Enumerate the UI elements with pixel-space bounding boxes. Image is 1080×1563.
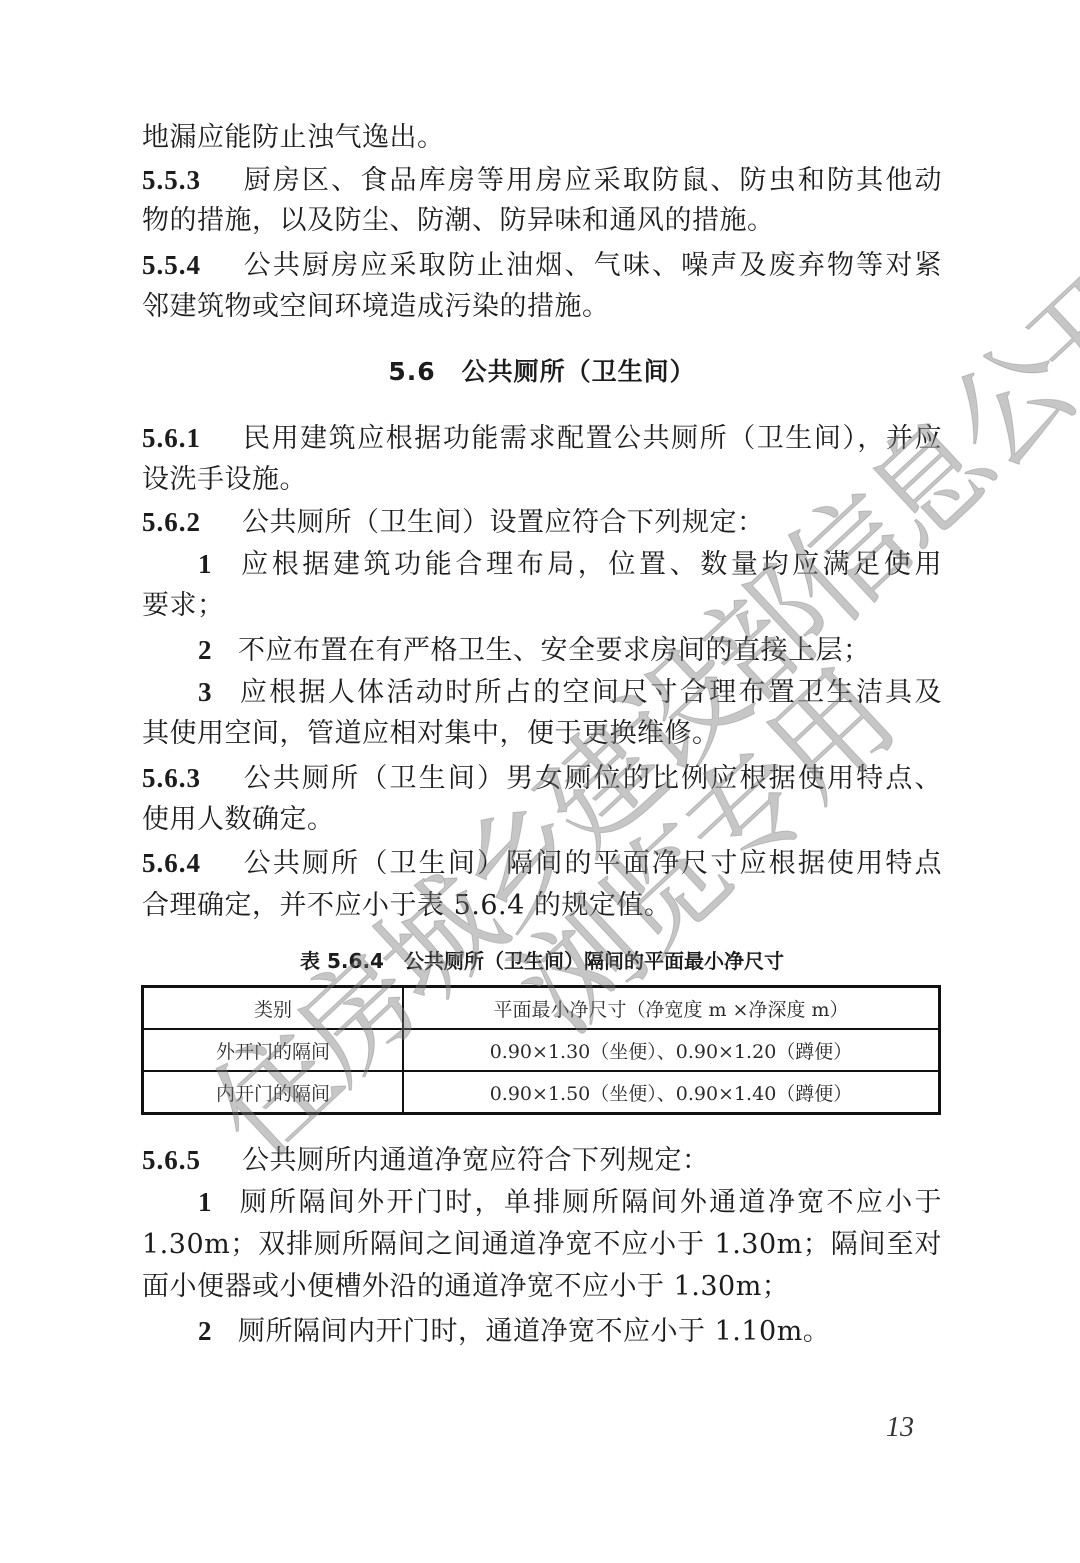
cell-dimensions: 0.90×1.30（坐便）、0.90×1.20（蹲便）: [403, 1029, 940, 1071]
table-header-row: 类别 平面最小净尺寸（净宽度 m ×净深度 m）: [143, 987, 940, 1030]
clause-text: 公共厕所（卫生间）设置应符合下列规定：: [242, 507, 765, 538]
clause-5-5-4: 5.5.4公共厨房应采取防止油烟、气味、噪声及废弃物等对紧: [142, 245, 942, 286]
item-text: 应根据人体活动时所占的空间尺寸合理布置卫生洁具及: [238, 677, 942, 708]
clause-number: 5.5.3: [142, 160, 242, 200]
clause-5-6-1: 5.6.1民用建筑应根据功能需求配置公共厕所（卫生间），并应: [142, 418, 942, 459]
item-text-cont: 要求；: [142, 586, 942, 626]
cell-category: 内开门的隔间: [143, 1071, 404, 1114]
item-3: 3应根据人体活动时所占的空间尺寸合理布置卫生洁具及: [142, 672, 942, 713]
item-text: 厕所隔间内开门时，通道净宽不应小于 1.10m。: [238, 1316, 830, 1347]
item-text-cont: 其使用空间，管道应相对集中，便于更换维修。: [142, 714, 942, 754]
clause-text-cont: 邻建筑物或空间环境造成污染的措施。: [142, 287, 942, 327]
clause-text: 民用建筑应根据功能需求配置公共厕所（卫生间），并应: [242, 423, 942, 454]
clause-5-6-2: 5.6.2公共厕所（卫生间）设置应符合下列规定：: [142, 502, 942, 543]
clause-text: 公共厕所（卫生间）男女厕位的比例应根据使用特点、: [242, 763, 942, 794]
dimensions-table: 类别 平面最小净尺寸（净宽度 m ×净深度 m） 外开门的隔间 0.90×1.3…: [141, 985, 941, 1115]
item-1: 1厕所隔间外开门时，单排厕所隔间外通道净宽不应小于: [142, 1182, 942, 1223]
table-title: 公共厕所（卫生间）隔间的平面最小净尺寸: [404, 949, 784, 973]
table-number: 表 5.6.4: [300, 949, 384, 973]
clause-number: 5.5.4: [142, 245, 242, 285]
item-number: 1: [198, 1182, 238, 1222]
clause-text-cont: 合理确定，并不应小于表 5.6.4 的规定值。: [142, 886, 942, 926]
clause-text: 厨房区、食品库房等用房应采取防鼠、防虫和防其他动: [242, 165, 942, 196]
clause-number: 5.6.5: [142, 1140, 242, 1180]
clause-number: 5.6.4: [142, 843, 242, 883]
cell-category: 外开门的隔间: [143, 1029, 404, 1071]
cell-dimensions: 0.90×1.50（坐便）、0.90×1.40（蹲便）: [403, 1071, 940, 1114]
table-row: 外开门的隔间 0.90×1.30（坐便）、0.90×1.20（蹲便）: [143, 1029, 940, 1071]
section-title: 公共厕所（卫生间）: [462, 357, 696, 386]
item-text: 不应布置在有严格卫生、安全要求房间的直接上层；: [238, 635, 871, 666]
item-text-cont: 1.30m；双排厕所隔间之间通道净宽不应小于 1.30m；隔间至对: [142, 1225, 942, 1265]
clause-5-6-5: 5.6.5公共厕所内通道净宽应符合下列规定：: [142, 1140, 942, 1181]
item-number: 1: [198, 544, 238, 584]
clause-5-6-3: 5.6.3公共厕所（卫生间）男女厕位的比例应根据使用特点、: [142, 758, 942, 799]
section-heading: 5.6公共厕所（卫生间）: [142, 352, 942, 392]
clause-text: 公共厕所（卫生间）隔间的平面净尺寸应根据使用特点: [242, 848, 942, 879]
item-2: 2不应布置在有严格卫生、安全要求房间的直接上层；: [142, 630, 942, 671]
clause-5-6-4: 5.6.4公共厕所（卫生间）隔间的平面净尺寸应根据使用特点: [142, 843, 942, 884]
clause-text-cont: 设洗手设施。: [142, 460, 942, 500]
clause-text: 公共厨房应采取防止油烟、气味、噪声及废弃物等对紧: [242, 250, 942, 281]
clause-text: 公共厕所内通道净宽应符合下列规定：: [242, 1145, 710, 1176]
item-number: 3: [198, 672, 238, 712]
item-number: 2: [198, 1311, 238, 1351]
item-1: 1应根据建筑功能合理布局，位置、数量均应满足使用: [142, 544, 942, 585]
section-number: 5.6: [388, 357, 435, 386]
clause-text-cont: 使用人数确定。: [142, 800, 942, 840]
header-category: 类别: [143, 987, 404, 1030]
document-page: 地漏应能防止浊气逸出。 5.5.3厨房区、食品库房等用房应采取防鼠、防虫和防其他…: [0, 0, 1080, 1563]
table-row: 内开门的隔间 0.90×1.50（坐便）、0.90×1.40（蹲便）: [143, 1071, 940, 1114]
header-dimensions: 平面最小净尺寸（净宽度 m ×净深度 m）: [403, 987, 940, 1030]
item-number: 2: [198, 630, 238, 670]
item-text-cont: 面小便器或小便槽外沿的通道净宽不应小于 1.30m；: [142, 1267, 942, 1307]
clause-number: 5.6.3: [142, 758, 242, 798]
clause-5-5-3: 5.5.3厨房区、食品库房等用房应采取防鼠、防虫和防其他动: [142, 160, 942, 201]
clause-number: 5.6.2: [142, 502, 242, 542]
clause-number: 5.6.1: [142, 418, 242, 458]
item-2: 2厕所隔间内开门时，通道净宽不应小于 1.10m。: [142, 1311, 942, 1352]
table-caption: 表 5.6.4公共厕所（卫生间）隔间的平面最小净尺寸: [142, 946, 942, 976]
item-text: 厕所隔间外开门时，单排厕所隔间外通道净宽不应小于: [238, 1187, 942, 1218]
continuation-line: 地漏应能防止浊气逸出。: [142, 118, 942, 158]
clause-text-cont: 物的措施，以及防尘、防潮、防异味和通风的措施。: [142, 201, 942, 241]
page-number: 13: [886, 1412, 914, 1444]
item-text: 应根据建筑功能合理布局，位置、数量均应满足使用: [238, 549, 942, 580]
